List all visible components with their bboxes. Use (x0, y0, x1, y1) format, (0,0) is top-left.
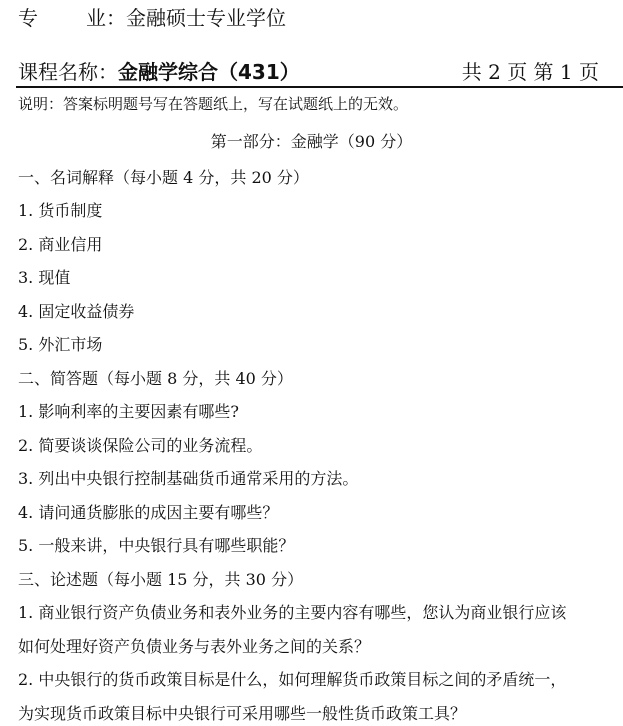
instructions-note: 说明：答案标明题号写在答题纸上，写在试题纸上的无效。 (18, 93, 408, 115)
page-info: 共 2 页 第 1 页 (462, 58, 599, 86)
major-label-part1: 专 (18, 6, 38, 30)
part-title: 第一部分：金融学（90 分） (0, 130, 623, 154)
question-item: 3. 现值 (18, 266, 70, 290)
question-item: 5. 外汇市场 (18, 333, 102, 357)
major-line: 专业：金融硕士专业学位 (18, 4, 286, 32)
essay-question-line: 如何处理好资产负债业务与表外业务之间的关系？ (18, 635, 370, 659)
major-value: 金融硕士专业学位 (126, 6, 286, 30)
section-heading-3: 三、论述题（每小题 15 分，共 30 分） (18, 568, 303, 592)
section-heading-1: 一、名词解释（每小题 4 分，共 20 分） (18, 166, 309, 190)
question-item: 2. 商业信用 (18, 233, 102, 257)
question-item: 5. 一般来讲，中央银行具有哪些职能？ (18, 534, 294, 558)
question-item: 1. 影响利率的主要因素有哪些? (18, 400, 239, 424)
header-rule (16, 86, 623, 88)
course-label: 课程名称： (18, 60, 118, 84)
question-item: 2. 简要谈谈保险公司的业务流程。 (18, 434, 262, 458)
essay-question-line: 2. 中央银行的货币政策目标是什么，如何理解货币政策目标之间的矛盾统一， (18, 668, 566, 692)
question-item: 3. 列出中央银行控制基础货币通常采用的方法。 (18, 467, 358, 491)
question-item: 4. 固定收益债券 (18, 300, 134, 324)
question-item: 4. 请问通货膨胀的成因主要有哪些？ (18, 501, 278, 525)
essay-question-line: 1. 商业银行资产负债业务和表外业务的主要内容有哪些，您认为商业银行应该 (18, 601, 566, 625)
course-line: 课程名称：金融学综合（431） (18, 58, 300, 86)
question-item: 1. 货币制度 (18, 199, 102, 223)
essay-question-line: 为实现货币政策目标中央银行可采用哪些一般性货币政策工具？ (18, 702, 466, 726)
major-label-part2: 业： (86, 6, 126, 30)
section-heading-2: 二、简答题（每小题 8 分，共 40 分） (18, 367, 293, 391)
course-name: 金融学综合（431） (118, 60, 300, 84)
